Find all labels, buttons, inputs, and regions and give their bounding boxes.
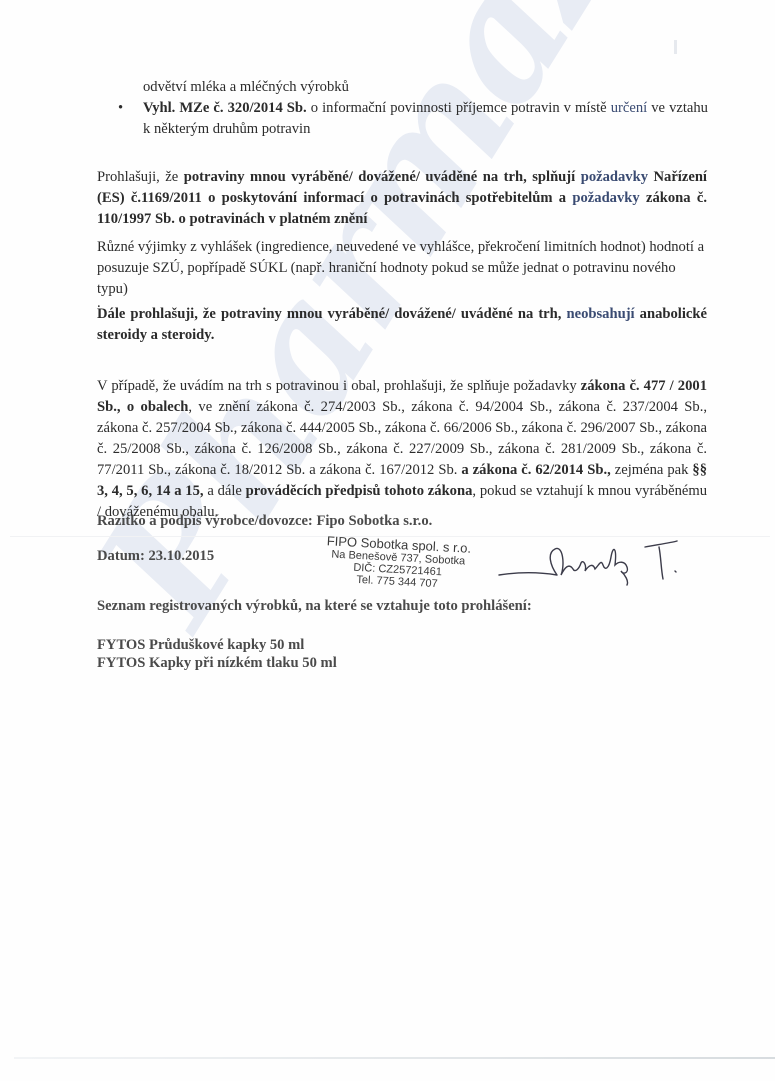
packaging-text: V případě, že uvádím na trh s potravinou… <box>97 378 581 394</box>
list-item-body: o informační povinnosti příjemce potravi… <box>307 100 611 116</box>
scan-artifact <box>674 40 677 54</box>
declaration-compliance: Prohlašuji, že potraviny mnou vyráběné/ … <box>97 167 707 230</box>
products-heading: Seznam registrovaných výrobků, na které … <box>97 598 707 615</box>
highlight-text: určení <box>611 100 647 116</box>
company-stamp: FIPO Sobotka spol. s r.o. Na Benešově 73… <box>322 534 474 592</box>
declaration-lead: Prohlašuji, že <box>97 169 184 185</box>
list-continuation: odvětví mléka a mléčných výrobků <box>143 77 708 98</box>
highlight-text: požadavky <box>572 190 639 206</box>
list-item-text: Vyhl. MZe č. 320/2014 Sb. o informační p… <box>143 98 708 140</box>
signature-icon: Sobotka T. <box>495 535 695 595</box>
product-item: FYTOS Průduškové kapky 50 ml <box>97 636 707 654</box>
regulation-ref: Vyhl. MZe č. 320/2014 Sb. <box>143 100 307 116</box>
packaging-text: a dále <box>204 483 246 499</box>
stamp-signature-label: Razítko a podpis výrobce/dovozce: Fipo S… <box>97 513 707 530</box>
highlight-text: neobsahují <box>566 306 634 322</box>
law-ref: a zákona č. 62/2014 Sb., <box>461 462 610 478</box>
document-page: PharmaZone odvětví mléka a mléčných výro… <box>0 0 775 1081</box>
declaration-bold: Dále prohlašuji, že potraviny mnou vyráb… <box>97 306 566 322</box>
declaration-bold: potraviny mnou vyráběné/ dovážené/ uvádě… <box>184 169 581 185</box>
law-ref: prováděcích předpisů tohoto zákona <box>246 483 473 499</box>
packaging-paragraph: V případě, že uvádím na trh s potravinou… <box>97 376 707 523</box>
product-item: FYTOS Kapky při nízkém tlaku 50 ml <box>97 654 707 672</box>
bullet-icon: • <box>118 98 123 119</box>
exceptions-paragraph: Různé výjimky z vyhlášek (ingredience, n… <box>97 237 707 300</box>
scan-edge-line <box>14 1057 775 1059</box>
product-list: FYTOS Průduškové kapky 50 ml FYTOS Kapky… <box>97 636 707 672</box>
declaration-steroids: Dále prohlašuji, že potraviny mnou vyráb… <box>97 304 707 346</box>
highlight-text: požadavky <box>581 169 648 185</box>
packaging-text: zejména pak <box>611 462 693 478</box>
